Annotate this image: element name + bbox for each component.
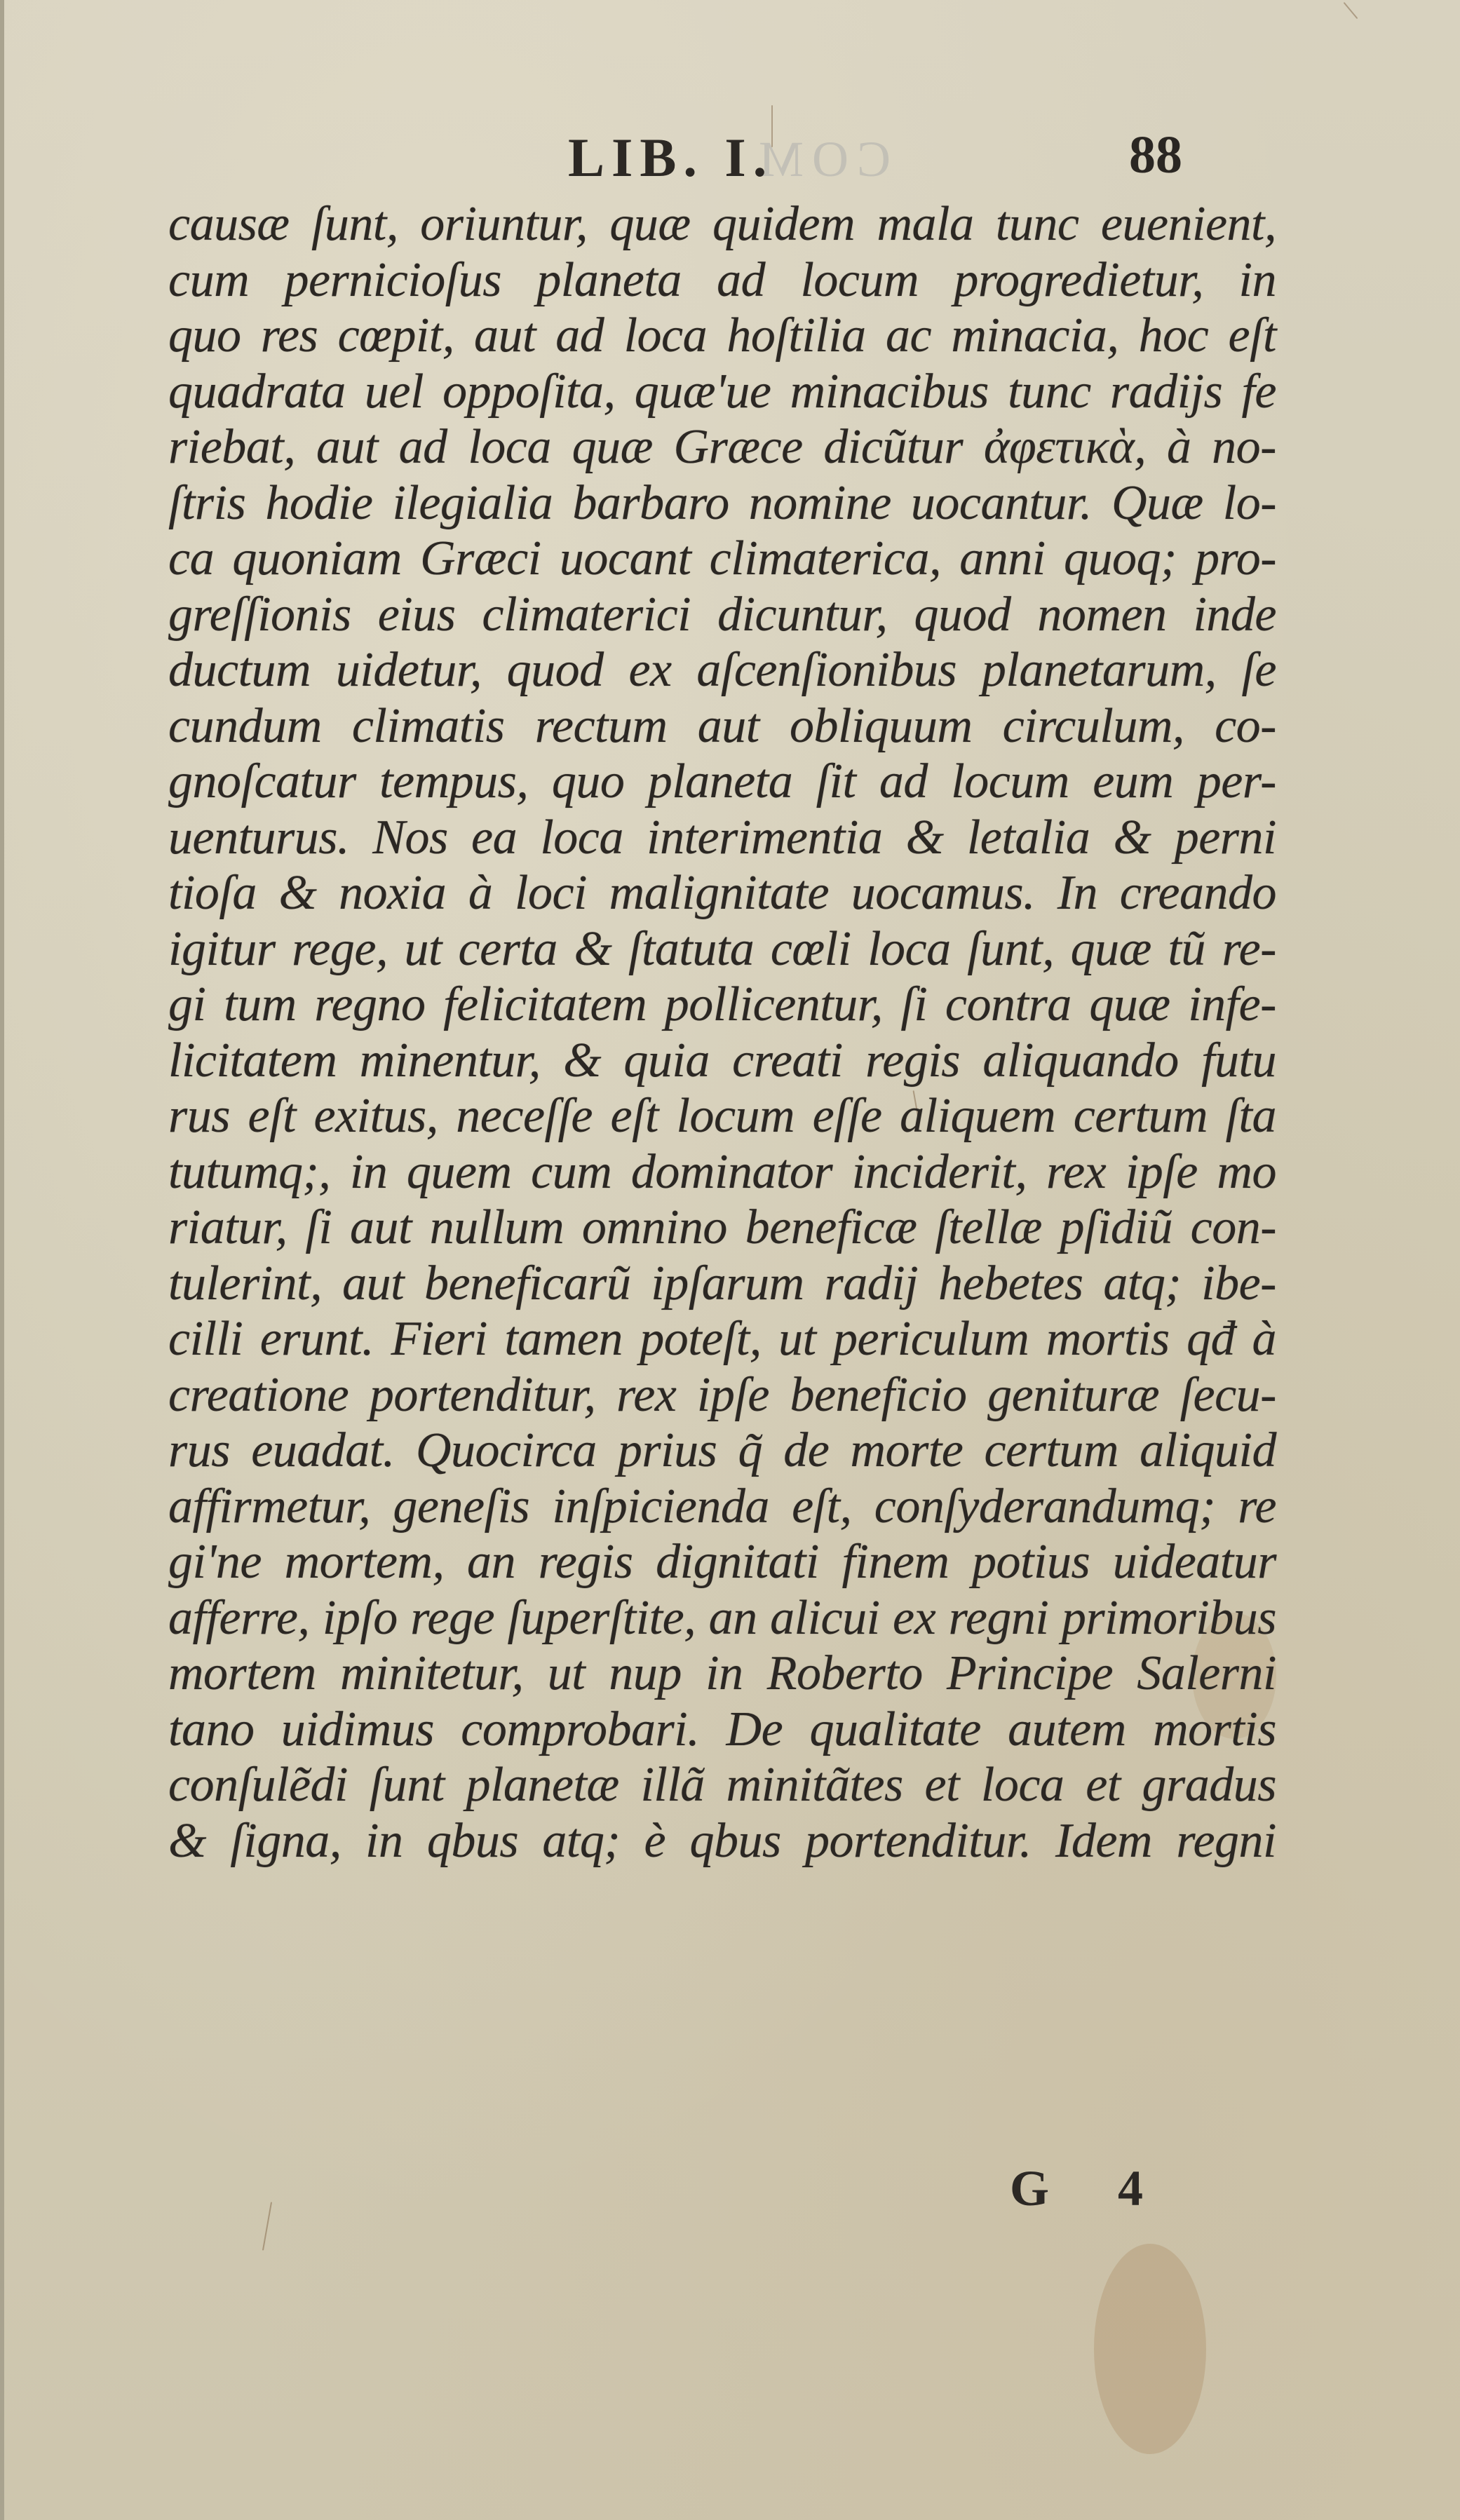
text-line: ca quoniam Græci uocant climaterica, ann…: [168, 531, 1276, 587]
text-line: licitatem minentur, & quia creati regis …: [168, 1033, 1276, 1089]
text-line: igitur rege, ut certa & ſtatuta cœli loc…: [168, 921, 1276, 977]
text-line: creatione portenditur, rex ipſe benefici…: [168, 1367, 1276, 1423]
foxing-stain: [1094, 2244, 1206, 2454]
folio-number: 88: [1129, 125, 1182, 186]
text-line: riatur, ſi aut nullum omnino beneficæ ſt…: [168, 1200, 1276, 1256]
page-edge-shadow: [0, 0, 4, 2520]
text-line: rus euadat. Quocirca prius q̃ de morte c…: [168, 1423, 1276, 1479]
text-line: mortem minitetur, ut nup in Roberto Prin…: [168, 1646, 1276, 1702]
paper-fiber: [1344, 2, 1358, 19]
signature-mark: G 4: [1010, 2160, 1171, 2218]
text-line: affirmetur, geneſis inſpicienda eſt, con…: [168, 1479, 1276, 1535]
text-line: quo res cœpit, aut ad loca hoſtilia ac m…: [168, 308, 1276, 364]
text-line: uenturus. Nos ea loca interimentia & let…: [168, 810, 1276, 866]
paper-fiber: [262, 2202, 272, 2250]
text-line: afferre, ipſo rege ſuperſtite, an alicui…: [168, 1590, 1276, 1646]
text-line: conſulẽdi ſunt planetæ illã minitãtes et…: [168, 1757, 1276, 1813]
text-line: & ſigna, in qbus atq; è qbus portenditur…: [168, 1813, 1276, 1869]
text-line: tioſa & noxia à loci malignitate uocamus…: [168, 865, 1276, 921]
text-line: cilli erunt. Fieri tamen poteſt, ut peri…: [168, 1311, 1276, 1367]
body-text: causæ ſunt, oriuntur, quæ quidem mala tu…: [168, 196, 1276, 1869]
text-line: riebat, aut ad loca quæ Græce dicũtur ἀφ…: [168, 419, 1276, 475]
text-line: greſſionis eius climaterici dicuntur, qu…: [168, 587, 1276, 643]
text-line: ſtris hodie ilegialia barbaro nomine uoc…: [168, 475, 1276, 531]
text-line: gi'ne mortem, an regis dignitati finem p…: [168, 1534, 1276, 1590]
text-line: causæ ſunt, oriuntur, quæ quidem mala tu…: [168, 196, 1276, 252]
text-line: gi tum regno felicitatem pollicentur, ſi…: [168, 977, 1276, 1033]
text-line: cum pernicioſus planeta ad locum progred…: [168, 252, 1276, 309]
text-line: rus eſt exitus, neceſſe eſt locum eſſe a…: [168, 1088, 1276, 1144]
text-line: cundum climatis rectum aut obliquum circ…: [168, 698, 1276, 754]
text-line: tutumq;, in quem cum dominator inciderit…: [168, 1144, 1276, 1200]
running-head-title: LIB. I.: [568, 126, 773, 189]
text-line: gnoſcatur tempus, quo planeta ſit ad loc…: [168, 754, 1276, 810]
running-header: COM LIB. I. 88: [168, 119, 1276, 196]
text-line: tulerint, aut beneficarũ ipſarum radij h…: [168, 1256, 1276, 1312]
text-line: tano uidimus comprobari. De qualitate au…: [168, 1702, 1276, 1758]
book-page: COM LIB. I. 88 causæ ſunt, oriuntur, quæ…: [168, 119, 1276, 1869]
text-line: ductum uidetur, quod ex aſcenſionibus pl…: [168, 642, 1276, 698]
text-line: quadrata uel oppoſita, quæ'ue minacibus …: [168, 364, 1276, 420]
